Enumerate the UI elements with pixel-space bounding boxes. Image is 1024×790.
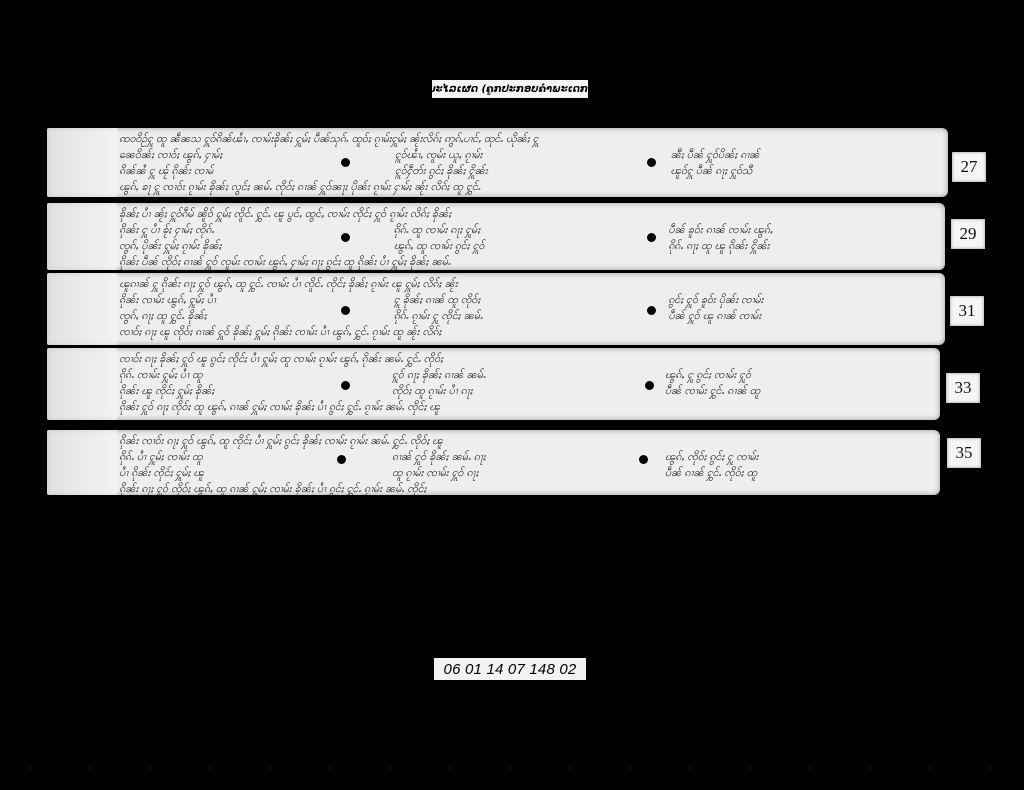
manuscript-title-label: ມະໄລເຜດ (ຄູກປະກອບຄຳພະເດກ) [432,80,588,98]
leaf-text: ၽူၵၢၼ် ႁူ ၵိုၼ်း ၵႃႈ ႁူဝ် ၽွၵ်ႇ ထူ ႁွင်ႉ… [119,276,915,342]
binding-hole-icon [647,306,656,315]
leaf-line-segment: ႁူဝ် ၵႃႈ ၶိုၼ်ႈ ၵၢၼ် ၼမ်ႉ [392,367,637,383]
leaf-line: ၽူၵၢၼ် ႁူ ၵိုၼ်း ၵႃႈ ႁူဝ် ၽွၵ်ႇ ထူ ႁွင်ႉ… [119,276,915,292]
leaf-line-segment: ၵိုၵ်ႉ ထူ ၸၢမ်း ၵႃႈ ႁူမ်ႈ [394,222,641,238]
leaf-text: ၶိုၼ်ႈ ပၢႆ ၼႂ်ႈ ႁူဝ်ၵဵမ် ၼိူဝ် ႁူမ်ႈ ၸိူ… [119,206,915,267]
leaf-line-segment: ၵိုၵ်ႉ ၵႂၢမ်း ႁူ ၸိုင်ႈ ၼမ်ႉ [394,308,641,324]
leaf-line-segment: ၵိုၵ်ႉ ပၢႆ ႁူမ်ႈ ၸၢမ်း ထူ [119,449,364,465]
leaf-line-segment: ၼေဝိၼ်ႈ ၸၢဝ်ႈ ၽွၵ်ႇ ႁၢမ်ႈ [119,147,367,163]
leaf-line: ၸွၵ်ႇ ၵႃႈ ထူ ႁွင်ႉ ၶိုၼ်ႈ ၵိုၵ်ႉ ၵႂၢမ်း … [119,308,915,324]
leaf-line: ၵိုၼ်း ၵႃႈ ႁူဝ် ၸိုဝ်ႈ ၽွၵ်ႇ ထူ ၵၢၼ် ႁူမ… [119,481,910,495]
leaf-line-segment: ၽွၵ်ႇ ထူ ၸၢမ်း ၵွင်ႈ ႁူဝ် [394,238,641,254]
leaf-line: ၸၢဝ်ႈ ၵႃႈ ၽူ ၸိုဝ်ႈ ၵၢၼ် ႁူဝ် ၶိုၼ်ႈ ႁူမ… [119,324,915,340]
leaf-line-segment: ပဵၼ် ႁူဝ် ၽူ ၵၢၼ် ၸၢမ်း [668,308,915,324]
leaf-line-segment: ၼီႈ ပဵၼ် ႁူဝ်ပိၼ်ႈ ၵၢၼ် [670,147,918,163]
leaf-line-segment: ၸိုဝ်ႈ ထူ ၵႂၢမ်း ပၢႆ ၵႃႈ [392,383,637,399]
leaf-line-segment: ထူ ၵႂၢမ်း ၸၢမ်း ႁူဝ် ၵႃႈ [392,465,637,481]
palm-leaf-page-31: ၽူၵၢၼ် ႁူ ၵိုၼ်း ၵႃႈ ႁူဝ် ၽွၵ်ႇ ထူ ႁွင်ႉ… [47,273,945,345]
leaf-line: ၵိၼ်ၼႆ ႁူ ၽႂ် ၵိုၼ်း ၸၢမ် ႁူဝ်ႁဵတ်း ၵွင်… [119,163,918,179]
binding-hole-icon [645,381,654,390]
leaf-line-segment: ပဵၼ် ၸၢမ်း ႁွင်ႉ ၵၢၼ် ထူ [665,383,910,399]
leaf-line: ၶိုၼ်ႈ ပၢႆ ၼႂ်ႈ ႁူဝ်ၵဵမ် ၼိူဝ် ႁူမ်ႈ ၸိူ… [119,206,915,222]
binding-hole-icon [639,455,648,464]
binding-hole-icon [341,233,350,242]
palm-leaf-page-33: ၸၢဝ်း ၵႃႈ ၶိုၼ်ႈ ႁူဝ် ၽူ ၵွင်ႈ ၸိုင်ႈ ပၢ… [47,348,940,420]
leaf-line: ၵိုၼ်း ႁူ ပၢႆ ၶႂ်ႈ ႁၢမ်ႈ ၸိုၵ်ႉ ၵိုၵ်ႉ ထ… [119,222,915,238]
palm-leaf-page-27: ꩡဝဝိဉ်ႁူ ထူ ၼဵၼသ ႁူဝ်ၵိၼ်ၽၢႆႇ ၸၢမ်းၶိုၼ်… [47,128,948,197]
leaf-text: ၵိုၼ်း ၸၢဝ်း ၵႃႈ ႁူဝ် ၽွၵ်ႇ ထူ ၸိုင်ႈ ပၢ… [119,433,910,492]
leaf-line: ၼေဝိၼ်ႈ ၸၢဝ်ႈ ၽွၵ်ႇ ႁၢမ်ႈ ႁူဝ်ၽၢႆႇ ၸူမ်း… [119,147,918,163]
leaf-line: ၵိုၼ်း ပဵၼ် ၸိုဝ်ႈ ၵၢၼ် ႁူဝ် ၸူမ်း ၸၢမ်း… [119,254,915,270]
leaf-line-segment: ၸွၵ်ႇ ပိုၼ်း ႁူမ်ႈ ၵႂၢမ်း ၶိုၼ်ႈ [119,238,366,254]
leaf-line-segment: ၵိုၵ်ႉ ၵႃႈ ထူ ၽူ ၵိုၼ်း ႁိူၼ်း [668,238,915,254]
archive-id-label: 06 01 14 07 148 02 [434,658,586,680]
page-number-label: 35 [947,438,981,468]
leaf-line-segment: ၸွၵ်ႇ ၵႃႈ ထူ ႁွင်ႉ ၶိုၼ်ႈ [119,308,366,324]
leaf-line-segment: ႁူ ၶိုၼ်ႈ ၵၢၼ် ထူ ၸိုဝ်ႈ [394,292,641,308]
binding-hole-icon [341,306,350,315]
leaf-text: ꩡဝဝိဉ်ႁူ ထူ ၼဵၼသ ႁူဝ်ၵိၼ်ၽၢႆႇ ၸၢမ်းၶိုၼ်… [119,131,918,194]
leaf-line-segment: ၽူဝ်ႁူ ပဵၼ် ၵႃႈ ႁူဝ်သီ [670,163,918,179]
leaf-line: ၵိုၼ်း ႁူဝ် ၵႃႈ ၸိုဝ်ႈ ထူ ၽွၵ်ႇ ၵၢၼ် ႁူမ… [119,399,910,415]
leaf-line-segment: ၵိုၼ်း ႁူ ပၢႆ ၶႂ်ႈ ႁၢမ်ႈ ၸိုၵ်ႉ [119,222,366,238]
leaf-line-segment: ၵွင်ႈ ႁူဝ် ၶူဝ်း ပိုၼ်း ၸၢမ်း [668,292,915,308]
page-number-label: 31 [950,296,984,326]
leaf-line: ၵိုၵ်ႉ ၸၢမ်း ႁူမ်ႈ ပၢႆ ထူ ႁူဝ် ၵႃႈ ၶိုၼ်… [119,367,910,383]
leaf-line: ꩡဝဝိဉ်ႁူ ထူ ၼဵၼသ ႁူဝ်ၵိၼ်ၽၢႆႇ ၸၢမ်းၶိုၼ်… [119,131,918,147]
binding-hole-icon [647,233,656,242]
page-number-label: 33 [946,373,980,403]
leaf-line: ၵိုၵ်ႉ ပၢႆ ႁူမ်ႈ ၸၢမ်း ထူ ၵၢၼ် ႁူဝ် ၶိုၼ… [119,449,910,465]
film-dust [0,766,1024,770]
leaf-line-segment: ပၢႆ ၵိုၼ်း ၸိုင်ႈ ႁူမ်ႈ ၽူ [119,465,364,481]
leaf-line: ၸၢဝ်း ၵႃႈ ၶိုၼ်ႈ ႁူဝ် ၽူ ၵွင်ႈ ၸိုင်ႈ ပၢ… [119,351,910,367]
leaf-line-segment: ၽွၵ်ႇ ၸိုဝ်ႈ ၵွင်ႈ ႁူ ၸၢမ်း [665,449,910,465]
leaf-line: ၵိုၼ်း ၸၢမ်း ၽွၵ်ႇ ႁူမ်ႈ ပၢႆ ႁူ ၶိုၼ်ႈ ၵ… [119,292,915,308]
leaf-line-segment: ပဵၼ် ၶူဝ်း ၵၢၼ် ၸၢမ်း ၽွၵ်ႇ [668,222,915,238]
leaf-line-segment: ပဵၼ် ၵၢၼ် ႁွင်ႉ ၸိုဝ်ႈ ထူ [665,465,910,481]
leaf-line: ၵိုၼ်း ၸၢဝ်း ၵႃႈ ႁူဝ် ၽွၵ်ႇ ထူ ၸိုင်ႈ ပၢ… [119,433,910,449]
leaf-line: ပၢႆ ၵိုၼ်း ၸိုင်ႈ ႁူမ်ႈ ၽူ ထူ ၵႂၢမ်း ၸၢမ… [119,465,910,481]
leaf-line-segment: ႁူဝ်ၽၢႆႇ ၸူမ်း ယူႇ ၵႂၢမ်း [395,147,643,163]
binding-hole-icon [341,158,350,167]
leaf-line-segment: ၽွၵ်ႇ ႁူ ၵွင်ႈ ၸၢမ်း ႁူဝ် [665,367,910,383]
binding-hole-icon [341,381,350,390]
leaf-line-segment: ၵိုၵ်ႉ ၸၢမ်း ႁူမ်ႈ ပၢႆ ထူ [119,367,364,383]
binding-hole-icon [647,158,656,167]
palm-leaf-page-29: ၶိုၼ်ႈ ပၢႆ ၼႂ်ႈ ႁူဝ်ၵဵမ် ၼိူဝ် ႁူမ်ႈ ၸိူ… [47,203,945,270]
binding-hole-icon [337,455,346,464]
leaf-line-segment: ၵိုၼ်း ၸၢမ်း ၽွၵ်ႇ ႁူမ်ႈ ပၢႆ [119,292,366,308]
page-number-label: 27 [952,152,986,182]
leaf-text: ၸၢဝ်း ၵႃႈ ၶိုၼ်ႈ ႁူဝ် ၽူ ၵွင်ႈ ၸိုင်ႈ ပၢ… [119,351,910,417]
leaf-line-segment: ၵိုၼ်း ၽူ ၸိုင်ႈ ႁူမ်ႈ ၶိုၼ်ႈ [119,383,364,399]
leaf-line-segment: ၵၢၼ် ႁူဝ် ၶိုၼ်ႈ ၼမ်ႉ ၵႃႈ [392,449,637,465]
leaf-line-segment: ၵိၼ်ၼႆ ႁူ ၽႂ် ၵိုၼ်း ၸၢမ် [119,163,367,179]
leaf-line: ၽွၵ်ႇ ၶႃ ႁူ ၸၢဝ်း ၵႂၢမ်း ၶိုၼ်ႈ လွင်ႈ ၼမ… [119,179,918,195]
leaf-line-segment: ႁူဝ်ႁဵတ်း ၵွင်ႈ ၶိုၼ်ႈ ႁိူၼ်း [395,163,643,179]
leaf-line: ၸွၵ်ႇ ပိုၼ်း ႁူမ်ႈ ၵႂၢမ်း ၶိုၼ်ႈ ၽွၵ်ႇ ထ… [119,238,915,254]
palm-leaf-page-35: ၵိုၼ်း ၸၢဝ်း ၵႃႈ ႁူဝ် ၽွၵ်ႇ ထူ ၸိုင်ႈ ပၢ… [47,430,940,495]
leaf-line: ၵိုၼ်း ၽူ ၸိုင်ႈ ႁူမ်ႈ ၶိုၼ်ႈ ၸိုဝ်ႈ ထူ … [119,383,910,399]
page-number-label: 29 [951,219,985,249]
